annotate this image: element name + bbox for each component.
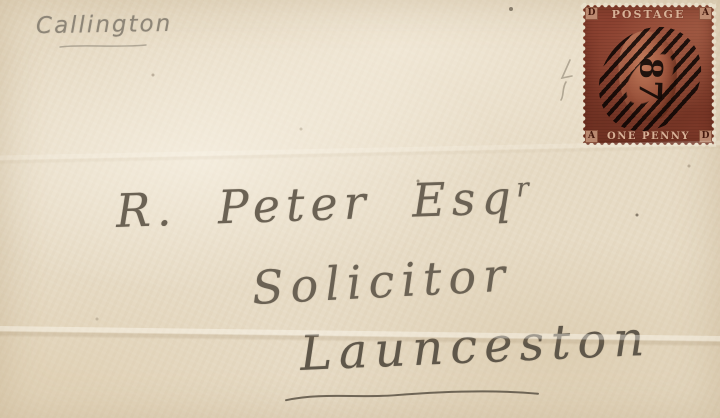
paper-specks <box>0 0 2 2</box>
soft-upper-crease <box>0 140 720 164</box>
pencil-underline-stroke <box>58 42 148 50</box>
perforation-edge-left <box>580 3 586 147</box>
address-line-occupation: Solicitor <box>251 247 514 315</box>
stamp-corner-letter-top-right: A <box>699 7 712 20</box>
barred-numeral-cancel: 87 <box>592 22 708 138</box>
cancel-number: 87 <box>631 57 669 103</box>
perforation-edge-right <box>711 3 717 147</box>
address-line-town: Launceston <box>299 311 652 382</box>
address-line-name: R. Peter Esqr <box>115 170 530 238</box>
stamp-corner-letter-top-left: D <box>585 7 598 20</box>
stamp-postage-label: POSTAGE <box>583 8 714 21</box>
pencil-squiggle-mark <box>550 56 580 102</box>
envelope-scan: Callington POSTAGE ONE PENNY D A A D 87 … <box>0 0 720 418</box>
pencil-annotation: Callington <box>36 11 173 39</box>
address-name-main: R. Peter Esq <box>115 170 518 238</box>
address-name-superscript: r <box>516 173 529 203</box>
address-underline-flourish <box>282 386 542 407</box>
